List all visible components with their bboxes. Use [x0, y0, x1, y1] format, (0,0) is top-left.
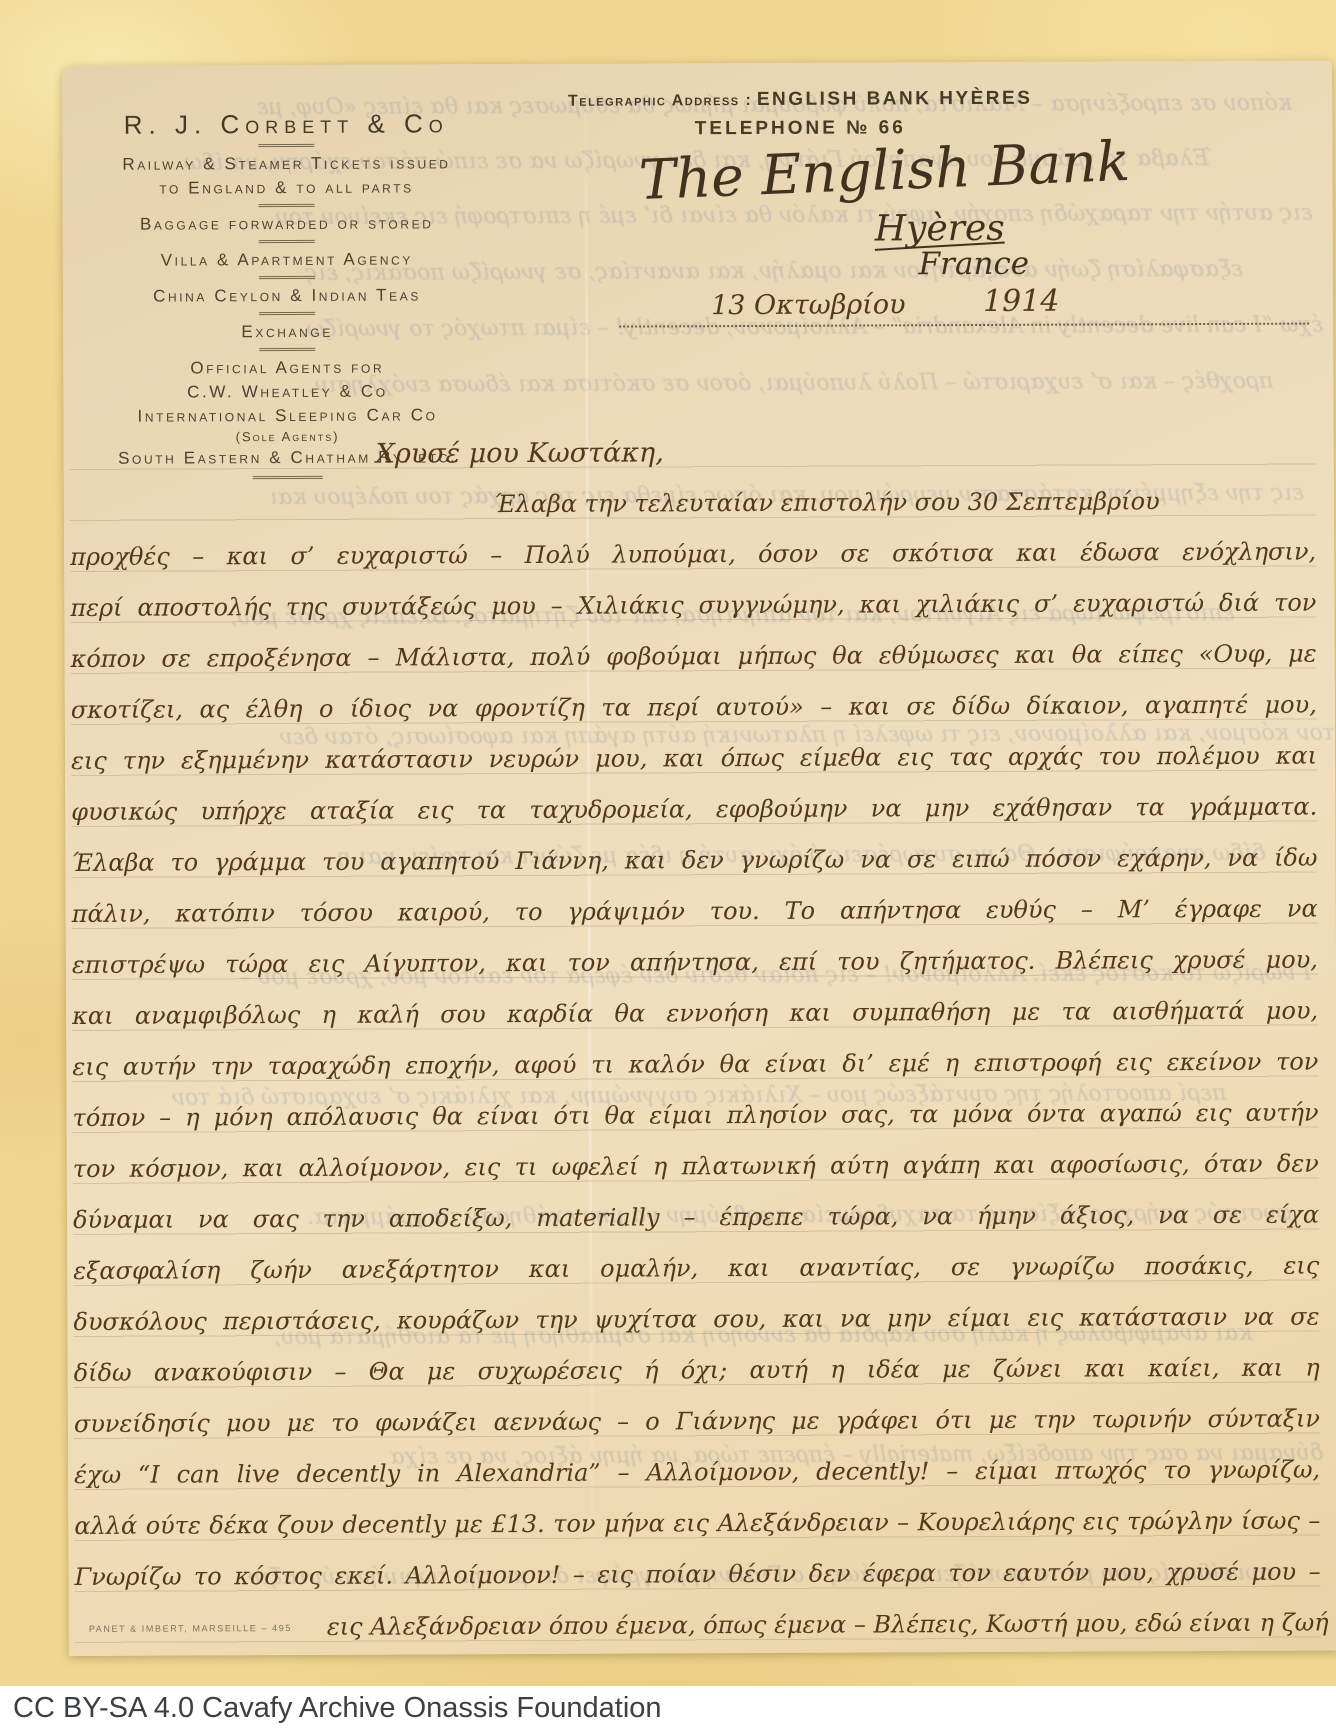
- letter-line: συνείδησίς μου με το φωνάζει αεννάως – ο…: [74, 1394, 1320, 1450]
- bank-country: France: [869, 246, 1079, 283]
- date-year: 1914: [983, 284, 1060, 319]
- letter-line: περί αποστολής της συντάξεώς μου – Χιλιά…: [70, 578, 1316, 634]
- letter-body: Χρυσέ μου Κωστάκη, Έλαβα την τελευταίαν …: [70, 425, 1321, 1658]
- letter-line: δίδω ανακούφισιν – Θα με συχωρέσεις ή όχ…: [74, 1343, 1320, 1399]
- letter-line: πάλιν, κατόπιν τόσου καιρού, το γράψιμόν…: [72, 884, 1318, 940]
- letter-line: τον κόσμον, και αλλοίμονον, εις τι ωφελε…: [73, 1139, 1319, 1195]
- agency-service-line: Exchange: [87, 319, 487, 345]
- letter-line: επιστρέψω τώρα εις Αίγυπτον, και τον απή…: [72, 935, 1318, 991]
- salutation: Χρυσέ μου Κωστάκη,: [376, 425, 1316, 480]
- agency-service-line: Villa & Apartment Agency: [87, 247, 487, 273]
- divider-rule: [259, 240, 315, 243]
- agency-service-line: International Sleeping Car Co: [87, 403, 487, 429]
- letter-line: εις αυτήν την ταραχώδη εποχήν, αφού τι κ…: [72, 1037, 1318, 1093]
- agency-service-line: China Ceylon & Indian Teas: [87, 283, 487, 309]
- letter-line: εξασφαλίση ζωήν ανεξάρτητον και ομαλήν, …: [73, 1241, 1319, 1297]
- date-day-month: 13 Οκτωβρίου: [711, 289, 906, 321]
- letter-line: τόπον – η μόνη απόλαυσις θα είναι ότι θα…: [72, 1088, 1318, 1144]
- letter-line: εις Αλεξάνδρειαν όπου έμενα, όπως έμενα …: [327, 1598, 1321, 1653]
- telegraphic-address: Telegraphic Address : ENGLISH BANK HYÈRE…: [470, 87, 1130, 112]
- letter-line: Έλαβα την τελευταίαν επιστολήν σου 30 Σε…: [494, 476, 1316, 531]
- letter-line: κόπον σε επροξένησα – Μάλιστα, πολύ φοβο…: [70, 629, 1316, 685]
- scanned-letter-page: κόπον σε επροξένησα – Μάλιστα, πολύ φοβο…: [0, 0, 1336, 1733]
- license-caption-bar: CC BY-SA 4.0 Cavafy Archive Onassis Foun…: [0, 1686, 1336, 1733]
- divider-rule: [258, 144, 314, 147]
- letter-line: δύναμαι να σας την αποδείξω, materially …: [73, 1190, 1319, 1246]
- divider-rule: [259, 348, 315, 351]
- letter-line: προχθές – και σ’ ευχαριστώ – Πολύ λυπούμ…: [70, 527, 1316, 583]
- divider-rule: [259, 312, 315, 315]
- agency-service-line: to England & to all parts: [86, 175, 486, 201]
- agency-service-line: Railway & Steamer Tickets issued: [86, 151, 486, 177]
- letter-line: Έλαβα το γράμμα του αγαπητού Γιάννη, και…: [71, 833, 1317, 889]
- agency-service-line: Official Agents for: [87, 355, 487, 381]
- letter-line: Γνωρίζω το κόστος εκεί. Αλλοίμονον! – ει…: [74, 1547, 1320, 1603]
- bank-city: Hyères: [835, 208, 1045, 248]
- letter-sheet: κόπον σε επροξένησα – Μάλιστα, πολύ φοβο…: [62, 60, 1336, 1656]
- printer-mark: PANET & IMBERT, MARSEILLE – 495: [89, 1623, 292, 1634]
- letter-line: και αναμφιβόλως η καλή σου καρδία θα ενν…: [72, 986, 1318, 1042]
- agency-name: R. J. Corbett & Co: [86, 108, 486, 141]
- letter-line: σκοτίζει, ας έλθη ο ίδιος να φροντίζη τα…: [71, 680, 1317, 736]
- letter-line: φυσικώς υπήρχε αταξία εις τα ταχυδρομεία…: [71, 782, 1317, 838]
- agency-service-line: Baggage forwarded or stored: [87, 211, 487, 237]
- letter-line: αλλά ούτε δέκα ζουν decently με £13. τον…: [74, 1496, 1320, 1552]
- letter-line: έχω “I can live decently in Alexandria” …: [74, 1445, 1320, 1501]
- agency-service-line: C.W. Wheatley & Co: [87, 379, 487, 405]
- divider-rule: [259, 204, 315, 207]
- letter-line: εις την εξημμένην κατάστασιν νευρών μου,…: [71, 731, 1317, 787]
- divider-rule: [259, 276, 315, 279]
- license-caption: CC BY-SA 4.0 Cavafy Archive Onassis Foun…: [0, 1686, 662, 1731]
- letter-line: δυσκόλους περιστάσεις, κουράζων την ψυχί…: [73, 1292, 1319, 1348]
- telegraphic-address-label: Telegraphic Address :: [568, 92, 752, 110]
- telegraphic-address-value: ENGLISH BANK HYÈRES: [757, 88, 1033, 110]
